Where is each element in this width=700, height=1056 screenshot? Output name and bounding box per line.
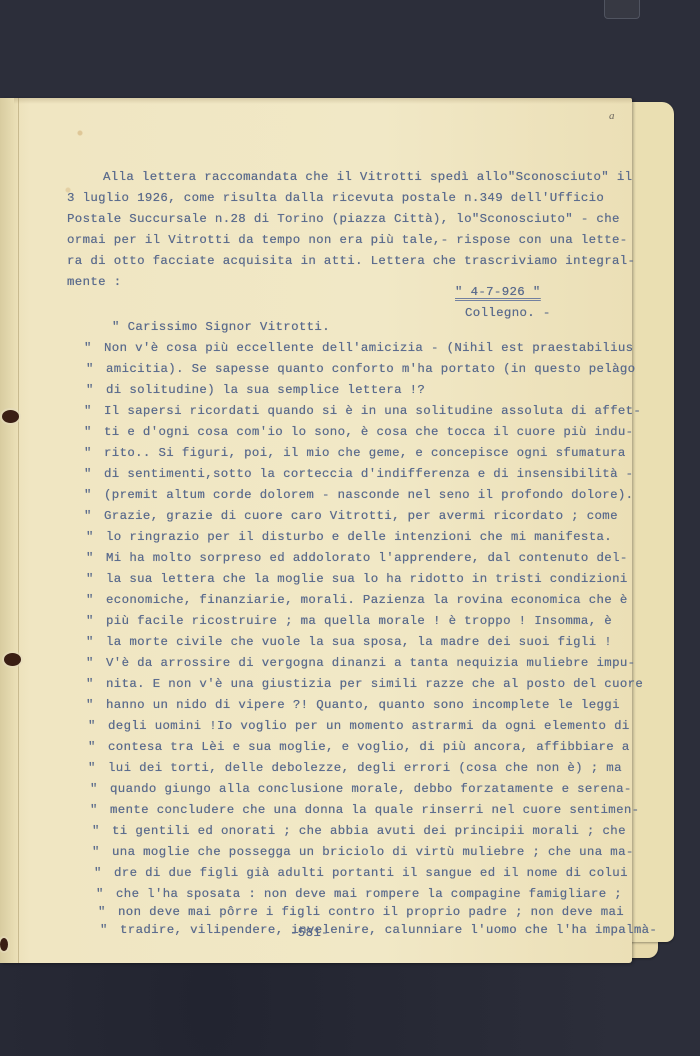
letter-line: "hanno un nido di vipere ?! Quanto, quan…	[86, 698, 620, 712]
letter-line: "V'è da arrossire di vergogna dinanzi a …	[86, 656, 635, 670]
letter-line: "la sua lettera che la moglie sua lo ha …	[86, 572, 628, 586]
letter-line: "non deve mai pôrre i figli contro il pr…	[98, 905, 624, 919]
letter-line: "lo ringrazio per il disturbo e delle in…	[86, 530, 612, 544]
letter-line: "la morte civile che vuole la sua sposa,…	[86, 635, 612, 649]
letter-line: "tradire, vilipendere, invelenire, calun…	[100, 923, 657, 937]
letter-line: "Il sapersi ricordati quando si è in una…	[84, 404, 641, 418]
letter-line: "Grazie, grazie di cuore caro Vitrotti, …	[84, 509, 618, 523]
letter-line: "più facile ricostruire ; ma quella mora…	[86, 614, 612, 628]
punch-hole	[0, 938, 8, 951]
salutation: " Carissimo Signor Vitrotti.	[112, 320, 330, 334]
intro-line: ra di otto facciate acquisita in atti. L…	[67, 254, 635, 268]
letter-line: "amicitia). Se sapesse quanto conforto m…	[86, 362, 635, 376]
letter-line: "una moglie che possegga un briciolo di …	[92, 845, 634, 859]
letter-line: "contesa tra Lèi e sua moglie, e voglio,…	[88, 740, 630, 754]
intro-line: 3 luglio 1926, come risulta dalla ricevu…	[67, 191, 604, 205]
letter-place: Collegno. -	[465, 306, 551, 320]
letter-line: "degli uomini !Io voglio per un momento …	[88, 719, 630, 733]
letter-line: "di sentimenti,sotto la corteccia d'indi…	[84, 467, 633, 481]
archive-stamp	[604, 0, 640, 19]
letter-line: "di solitudine) la sua semplice lettera …	[86, 383, 425, 397]
letter-line: "ti gentili ed onorati ; che abbia avuti…	[92, 824, 626, 838]
letter-line: "quando giungo alla conclusione morale, …	[90, 782, 632, 796]
page-number: -581-	[290, 926, 329, 940]
intro-line: mente :	[67, 275, 122, 289]
letter-line: "che l'ha sposata : non deve mai rompere…	[96, 887, 622, 901]
letter-line: "Mi ha molto sorpreso ed addolorato l'ap…	[86, 551, 628, 565]
letter-line: "ti e d'ogni cosa com'io lo sono, è cosa…	[84, 425, 633, 439]
letter-line: "lui dei torti, delle debolezze, degli e…	[88, 761, 622, 775]
punch-hole	[4, 653, 21, 666]
corner-annotation: a	[609, 110, 615, 122]
letter-line: "economiche, finanziarie, morali. Pazien…	[86, 593, 628, 607]
punch-hole	[2, 410, 19, 423]
intro-line: Postale Succursale n.28 di Torino (piazz…	[67, 212, 620, 226]
letter-line: "mente concludere che una donna la quale…	[90, 803, 639, 817]
letter-line: "Non v'è cosa più eccellente dell'amiciz…	[84, 341, 633, 355]
intro-line: Alla lettera raccomandata che il Vitrott…	[103, 170, 632, 184]
intro-line: ormai per il Vitrotti da tempo non era p…	[67, 233, 628, 247]
letter-line: "(premit altum corde dolorem - nasconde …	[84, 488, 633, 502]
letter-date: " 4-7-926 "	[455, 285, 541, 299]
letter-line: "dre di due figli già adulti portanti il…	[94, 866, 628, 880]
letter-line: "nita. E non v'è una giustizia per simil…	[86, 677, 643, 691]
letter-line: "rito.. Si figuri, poi, il mio che geme,…	[84, 446, 626, 460]
